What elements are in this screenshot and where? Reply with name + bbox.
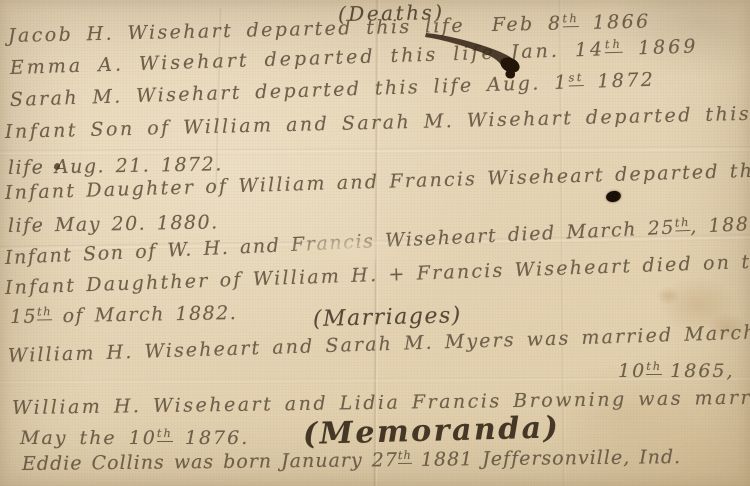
memoranda-record-eddie-collins: Eddie Collins was born January 27th 1881… — [22, 446, 681, 476]
death-record-infant-son-1: Infant Son of William and Sarah M. Wiseh… — [5, 103, 750, 144]
ink-blot — [605, 190, 622, 204]
document-page: (Deaths) Jacob H. Wisehart departed this… — [0, 0, 750, 486]
marriage-record-2-cont: May the 10th 1876. — [20, 427, 249, 450]
death-record-infant-daughter-1-cont: life May 20. 1880. — [8, 211, 219, 237]
marriage-record-1-date: 10th 1865, — [618, 360, 735, 383]
marriages-section-header: (Marriages) — [313, 303, 463, 333]
death-record-infant-daughther-2-cont: 15th of March 1882. — [10, 302, 238, 329]
ink-smear — [424, 26, 528, 82]
memoranda-section-header: (Memoranda) — [303, 410, 561, 453]
